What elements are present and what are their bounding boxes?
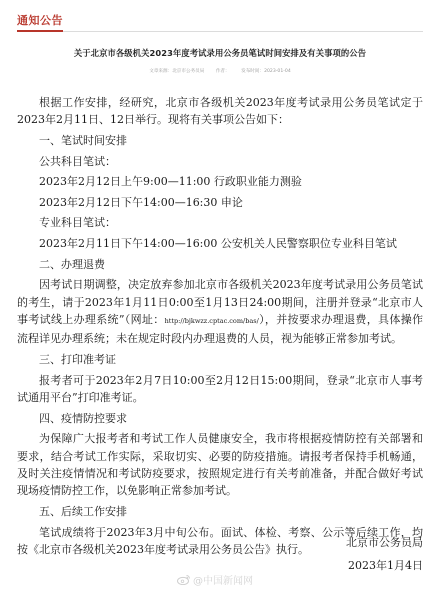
schedule-item: 2023年2月12日下午14:00—16:30 申论 — [17, 194, 423, 211]
signature-date: 2023年1月4日 — [348, 557, 423, 573]
admission-paragraph: 报考者可于2023年2月7日10:00至2月12日15:00期间，登录“北京市人… — [17, 372, 423, 407]
weibo-icon — [177, 574, 191, 585]
meta-source: 文章来源：北京市公务员局 — [149, 69, 204, 74]
professional-subject-label: 专业科目笔试： — [17, 214, 423, 231]
refund-paragraph: 因考试日期调整，决定放弃参加北京市各级机关2023年度考试录用公务员笔试的考生，… — [17, 276, 423, 348]
article-title: 关于北京市各级机关2023年度考试录用公务员笔试时间安排及有关事项的公告 — [0, 47, 440, 59]
intro-paragraph: 根据工作安排，经研究，北京市各级机关2023年度考试录用公务员笔试定于2023年… — [17, 94, 423, 129]
article-body: 根据工作安排，经研究，北京市各级机关2023年度考试录用公务员笔试定于2023年… — [17, 94, 423, 562]
section-title: 通知公告 — [17, 14, 63, 32]
meta-author: 作者： — [216, 69, 230, 74]
watermark-text: @中国新闻网 — [193, 572, 253, 587]
section-heading-refund: 二、办理退费 — [17, 256, 423, 273]
public-subject-label: 公共科目笔试： — [17, 153, 423, 170]
section-heading-schedule: 一、笔试时间安排 — [17, 132, 423, 149]
section-heading-admission: 三、打印准考证 — [17, 351, 423, 368]
meta-published: 发布时间：2023-01-04 — [241, 69, 291, 74]
section-header: 通知公告 — [17, 14, 423, 32]
section-heading-followup: 五、后续工作安排 — [17, 503, 423, 520]
watermark: @中国新闻网 — [177, 572, 253, 587]
schedule-item: 2023年2月12日上午9:00—11:00 行政职业能力测验 — [17, 173, 423, 190]
schedule-item: 2023年2月11日下午14:00—16:00 公安机关人民警察职位专业科目笔试 — [17, 235, 423, 252]
refund-system-link[interactable]: http://bjkwzz.cptac.com/bas/ — [165, 317, 259, 325]
signature-org: 北京市公务员局 — [346, 534, 423, 550]
epidemic-paragraph: 为保障广大报考者和考试工作人员健康安全，我市将根据疫情防控有关部署和要求，结合考… — [17, 430, 423, 500]
article-meta: 文章来源：北京市公务员局 作者： 发布时间：2023-01-04 — [0, 68, 440, 74]
section-heading-epidemic: 四、疫情防控要求 — [17, 410, 423, 427]
